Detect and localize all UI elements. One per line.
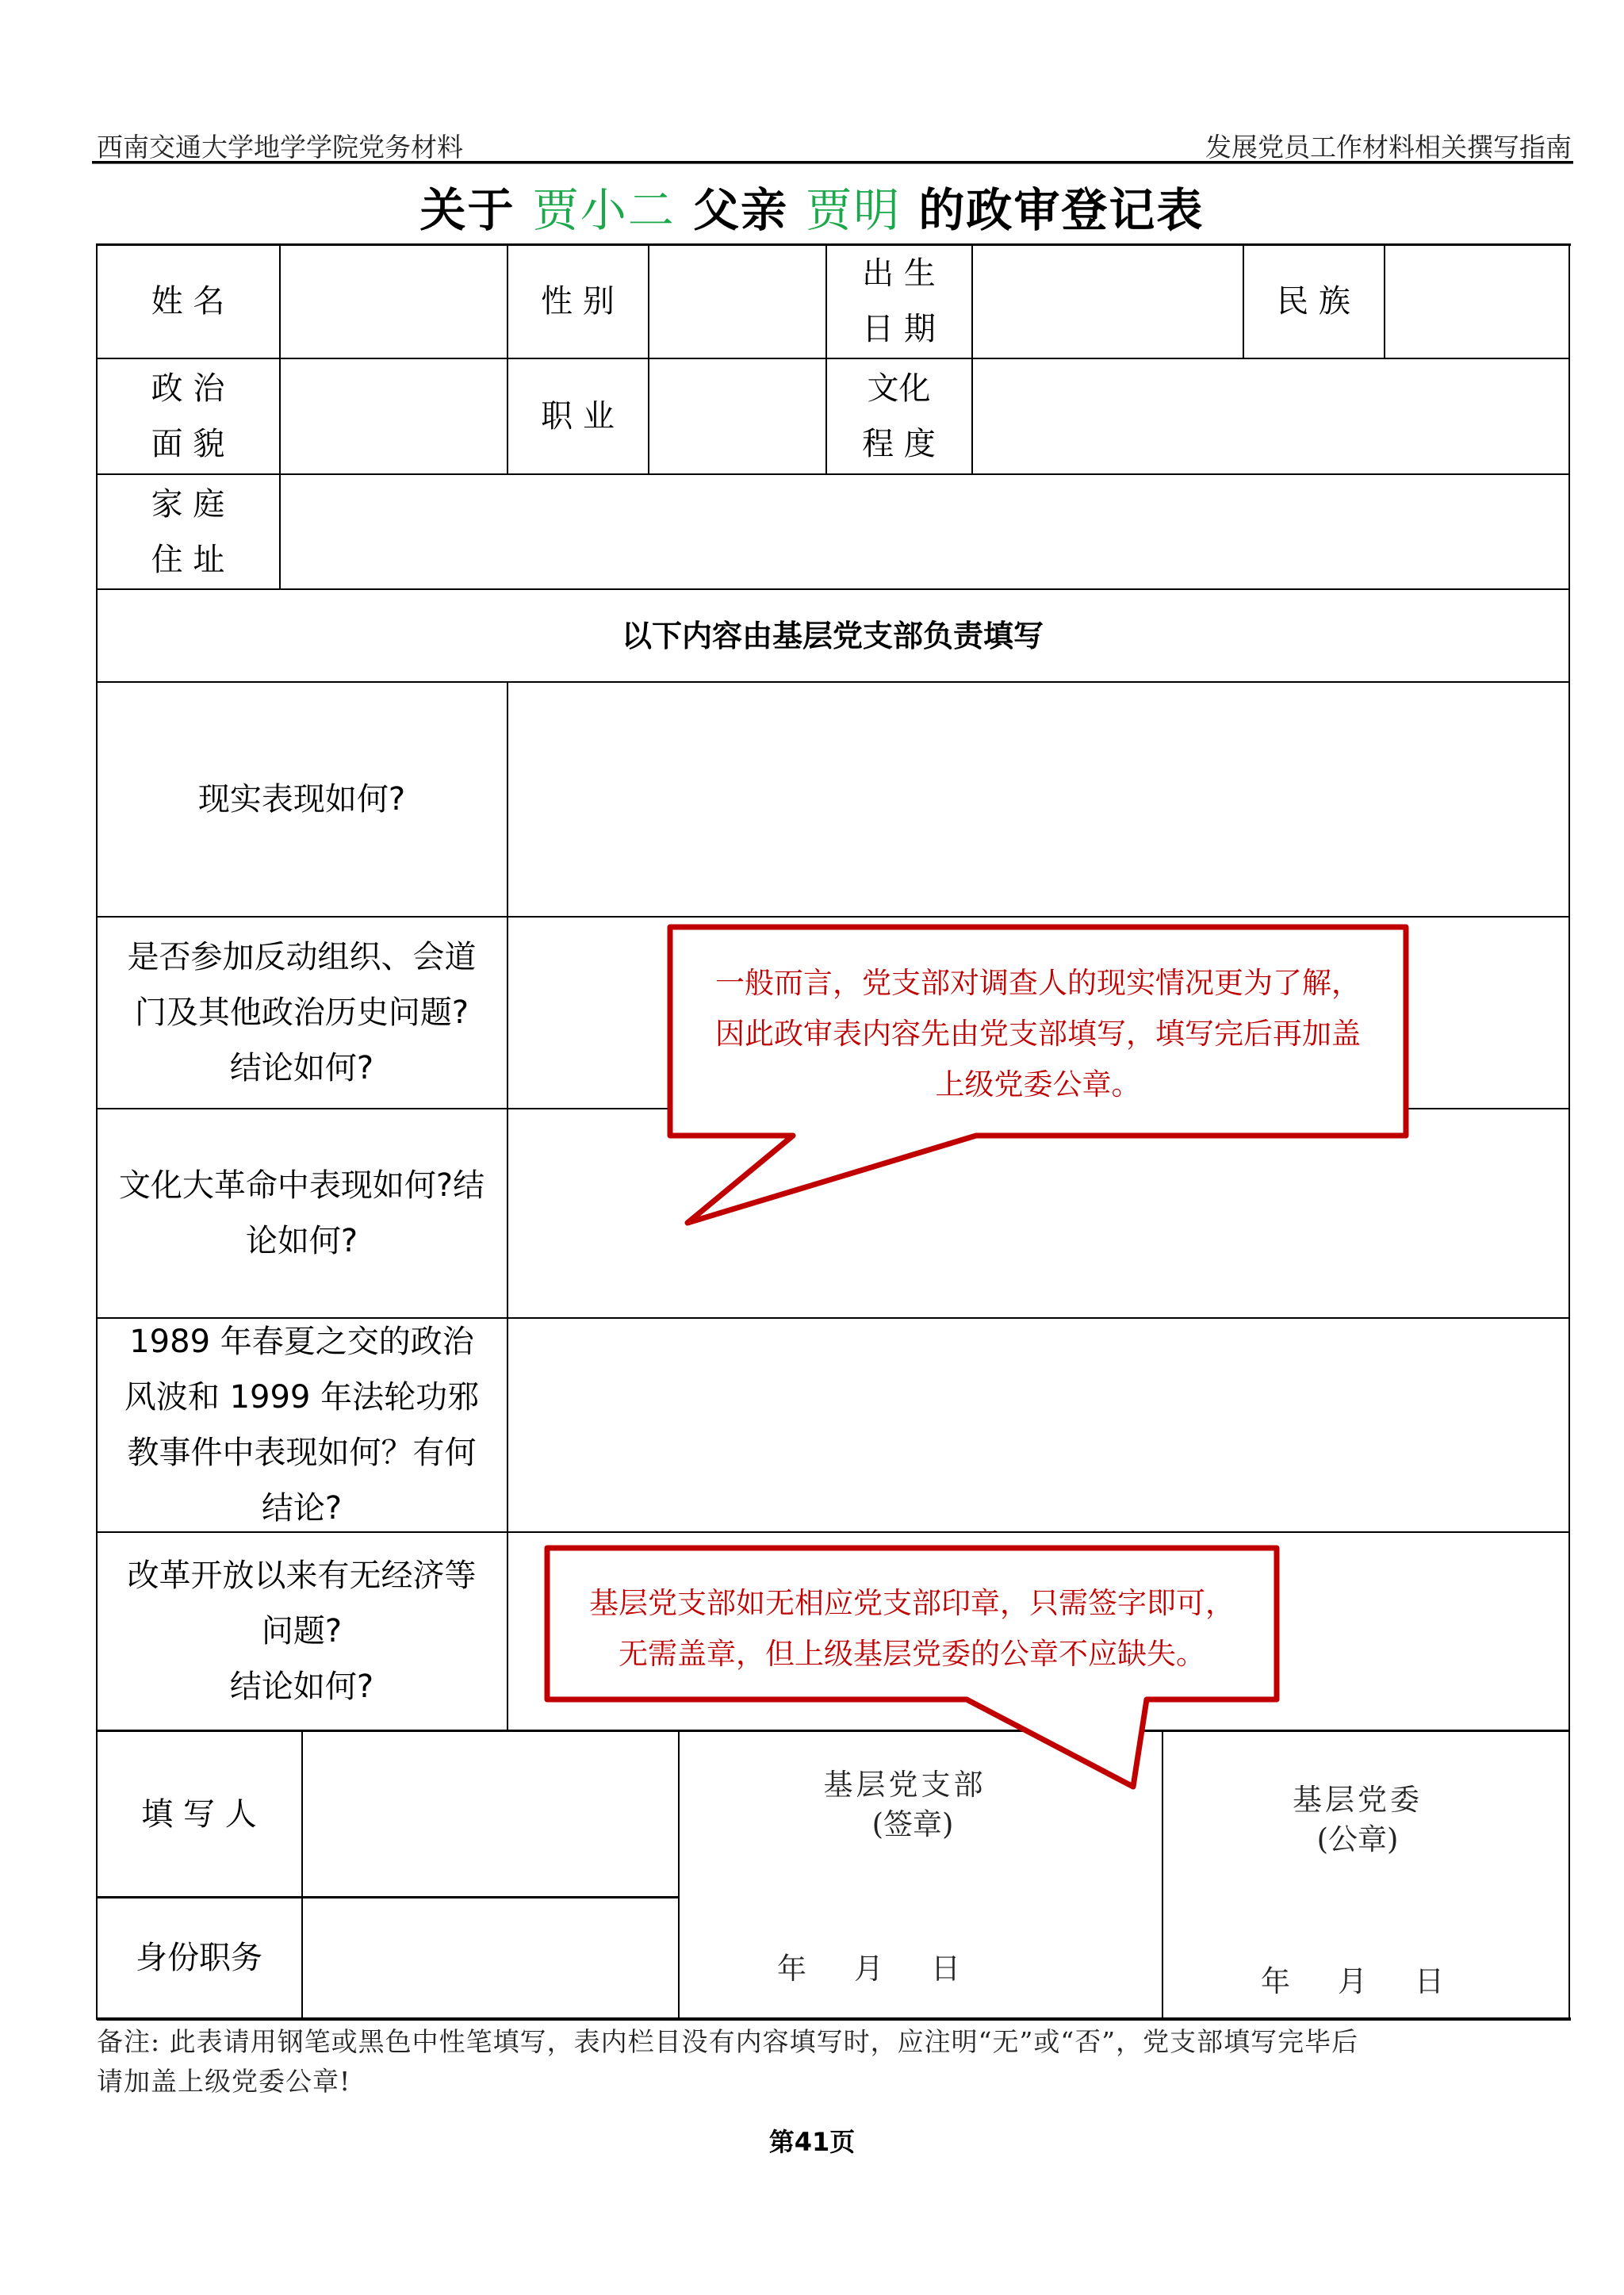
title-relative: 贾明 xyxy=(806,183,901,237)
occupation-field[interactable] xyxy=(649,358,825,474)
gender-field[interactable] xyxy=(649,244,825,358)
callout-2-text: 基层党支部如无相应党支部印章，只需签字即可， 无需盖章，但上级基层党委的公章不应… xyxy=(550,1578,1274,1680)
section-header: 以下内容由基层党支部负责填写 xyxy=(97,589,1568,682)
branch-label: 基层党支部 xyxy=(647,1765,1162,1805)
table-border-right xyxy=(1568,243,1570,2020)
ethnicity-field[interactable] xyxy=(1385,244,1568,358)
footnote-line-2: 请加盖上级党委公章! xyxy=(97,2062,1572,2102)
question-current-performance: 现实表现如何? xyxy=(97,682,507,917)
title-applicant: 贾小二 xyxy=(533,183,676,237)
occupation-label: 职 业 xyxy=(507,358,648,474)
address-field[interactable] xyxy=(280,474,1568,589)
header-right: 发展党员工作材料相关撰写指南 xyxy=(1205,127,1572,164)
filler-field[interactable] xyxy=(302,1731,678,1897)
question-reactionary-orgs: 是否参加反动组织、会道门及其他政治历史问题?结论如何? xyxy=(97,917,507,1109)
callout-line: 一般而言，党支部对调查人的现实情况更为了解， xyxy=(672,958,1404,1009)
committee-seal-block[interactable]: 基层党委 (公章) xyxy=(1162,1780,1568,1860)
role-field[interactable] xyxy=(302,1898,678,2018)
header-rule xyxy=(92,161,1573,164)
branch-sub: (签章) xyxy=(663,1805,1162,1845)
political-status-label: 政 治面 貌 xyxy=(97,358,279,474)
filler-label: 填 写 人 xyxy=(97,1731,301,1897)
date-day: 日 xyxy=(931,1952,960,1986)
callout-1-text: 一般而言，党支部对调查人的现实情况更为了解， 因此政审表内容先由党支部填写，填写… xyxy=(672,958,1404,1110)
date-month: 月 xyxy=(1338,1964,1367,1998)
page-number: 第41页 xyxy=(0,2122,1624,2159)
political-status-field[interactable] xyxy=(280,358,507,474)
question-1989-1999-events: 1989 年春夏之交的政治风波和 1999 年法轮功邪教事件中表现如何？有何结论… xyxy=(97,1318,507,1532)
date-month: 月 xyxy=(854,1952,883,1986)
answer-current-performance[interactable] xyxy=(507,682,1568,917)
callout-line: 因此政审表内容先由党支部填写，填写完后再加盖 xyxy=(672,1009,1404,1059)
title-prefix: 关于 xyxy=(420,183,515,237)
date-year: 年 xyxy=(1261,1964,1290,1998)
footnote: 备注: 此表请用钢笔或黑色中性笔填写，表内栏目没有内容填写时，应注明“无”或“否… xyxy=(97,2022,1572,2102)
question-cultural-revolution: 文化大革命中表现如何?结论如何? xyxy=(97,1109,507,1318)
question-economic-issues: 改革开放以来有无经济等问题?结论如何? xyxy=(97,1532,507,1730)
ethnicity-label: 民 族 xyxy=(1243,244,1384,358)
page-title: 关于 贾小二 父亲 贾明 的政审登记表 xyxy=(0,173,1624,239)
committee-date: 年月日 xyxy=(1261,1957,1444,2000)
footnote-line-1: 备注: 此表请用钢笔或黑色中性笔填写，表内栏目没有内容填写时，应注明“无”或“否… xyxy=(97,2022,1572,2062)
callout-line: 无需盖章，但上级基层党委的公章不应缺失。 xyxy=(550,1629,1274,1680)
role-label: 身份职务 xyxy=(97,1898,301,2018)
title-suffix: 的政审登记表 xyxy=(918,183,1204,237)
name-label: 姓 名 xyxy=(97,244,279,358)
callout-line: 上级党委公章。 xyxy=(672,1059,1404,1110)
committee-label: 基层党委 xyxy=(1147,1780,1568,1820)
gender-label: 性 别 xyxy=(507,244,648,358)
birth-date-field[interactable] xyxy=(972,244,1243,358)
education-field[interactable] xyxy=(972,358,1568,474)
committee-sub: (公章) xyxy=(1147,1820,1568,1860)
branch-date: 年月日 xyxy=(777,1944,960,1987)
callout-line: 基层党支部如无相应党支部印章，只需签字即可， xyxy=(550,1578,1274,1629)
date-year: 年 xyxy=(777,1952,806,1986)
branch-signature-block[interactable]: 基层党支部 (签章) xyxy=(679,1765,1162,1845)
header-left: 西南交通大学地学学院党务材料 xyxy=(97,127,463,164)
address-label: 家 庭住 址 xyxy=(97,474,279,589)
birth-date-label: 出 生日 期 xyxy=(826,244,971,358)
name-field[interactable] xyxy=(280,244,507,358)
answer-cultural-revolution[interactable] xyxy=(507,1109,1568,1318)
date-day: 日 xyxy=(1415,1964,1444,1998)
title-relation: 父亲 xyxy=(693,183,788,237)
education-label: 文化程 度 xyxy=(826,358,971,474)
answer-1989-1999-events[interactable] xyxy=(507,1318,1568,1532)
